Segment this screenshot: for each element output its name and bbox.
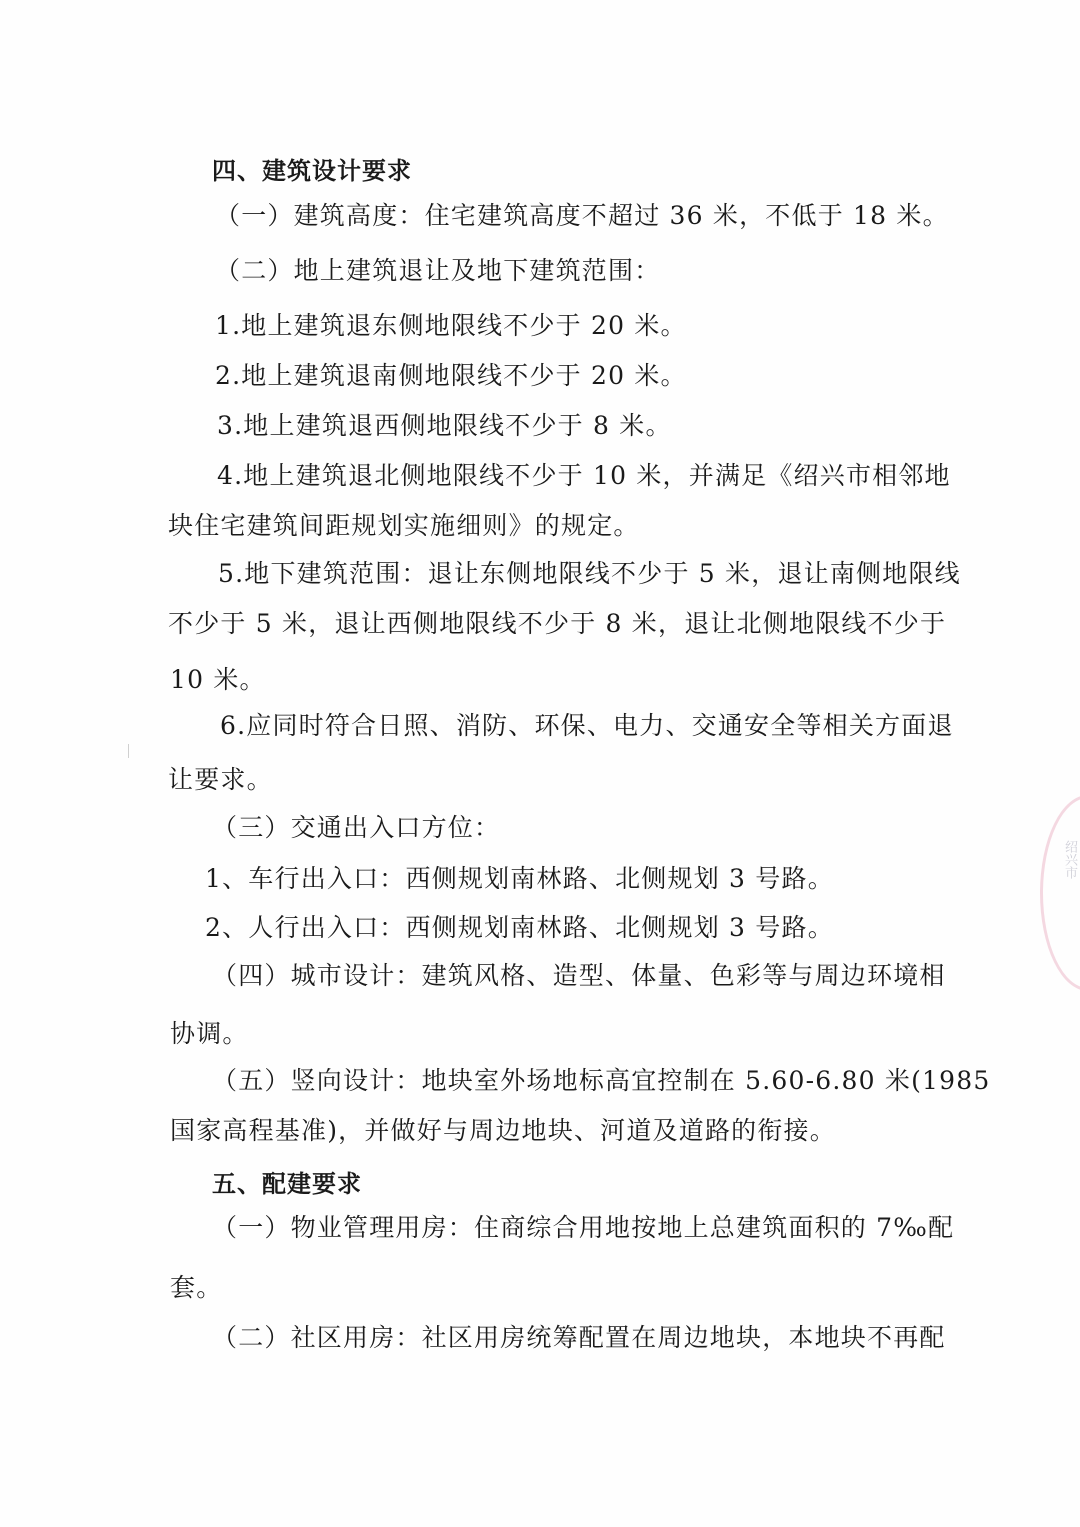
item-vertical-design: （五）竖向设计：地块室外场地标高宜控制在 5.60-6.80 米(1985	[212, 1065, 990, 1097]
section-heading-building-design: 四、建筑设计要求	[212, 155, 412, 187]
item-vertical-design-cont: 国家高程基准)，并做好与周边地块、河道及道路的衔接。	[170, 1115, 836, 1147]
item-setback-north-cont: 块住宅建筑间距规划实施细则》的规定。	[168, 510, 640, 542]
item-setback-east: 1.地上建筑退东侧地限线不少于 20 米。	[215, 310, 687, 342]
item-setback-west: 3.地上建筑退西侧地限线不少于 8 米。	[217, 410, 672, 442]
item-community-housing: （二）社区用房：社区用房统筹配置在周边地块，本地块不再配	[212, 1322, 946, 1354]
item-compliance: 6.应同时符合日照、消防、环保、电力、交通安全等相关方面退	[220, 710, 954, 742]
item-setback-north: 4.地上建筑退北侧地限线不少于 10 米，并满足《绍兴市相邻地	[217, 460, 951, 492]
item-traffic-access: （三）交通出入口方位：	[212, 812, 500, 844]
item-property-management: （一）物业管理用房：住商综合用地按地上总建筑面积的 7‰配	[212, 1212, 954, 1244]
item-urban-design: （四）城市设计：建筑风格、造型、体量、色彩等与周边环境相	[212, 960, 946, 992]
official-seal-text: 绍兴市	[1062, 840, 1076, 879]
document-page: 四、建筑设计要求 （一）建筑高度：住宅建筑高度不超过 36 米，不低于 18 米…	[0, 0, 1080, 1527]
item-compliance-cont: 让要求。	[168, 764, 273, 796]
item-building-height: （一）建筑高度：住宅建筑高度不超过 36 米，不低于 18 米。	[215, 200, 949, 232]
item-vehicle-access: 1、车行出入口：西侧规划南林路、北侧规划 3 号路。	[205, 863, 834, 895]
scan-margin-mark	[128, 744, 129, 758]
item-pedestrian-access: 2、人行出入口：西侧规划南林路、北侧规划 3 号路。	[205, 912, 834, 944]
section-heading-supporting-facilities: 五、配建要求	[212, 1168, 362, 1200]
item-underground-scope-cont2: 10 米。	[170, 664, 266, 696]
item-underground-scope-cont1: 不少于 5 米，退让西侧地限线不少于 8 米，退让北侧地限线不少于	[168, 608, 946, 640]
item-urban-design-cont: 协调。	[170, 1018, 249, 1050]
item-setback-south: 2.地上建筑退南侧地限线不少于 20 米。	[215, 360, 687, 392]
item-property-management-cont: 套。	[170, 1272, 222, 1304]
item-underground-scope: 5.地下建筑范围：退让东侧地限线不少于 5 米，退让南侧地限线	[218, 558, 961, 590]
official-seal-stamp	[1040, 795, 1080, 991]
item-setback-scope: （二）地上建筑退让及地下建筑范围：	[215, 255, 660, 287]
